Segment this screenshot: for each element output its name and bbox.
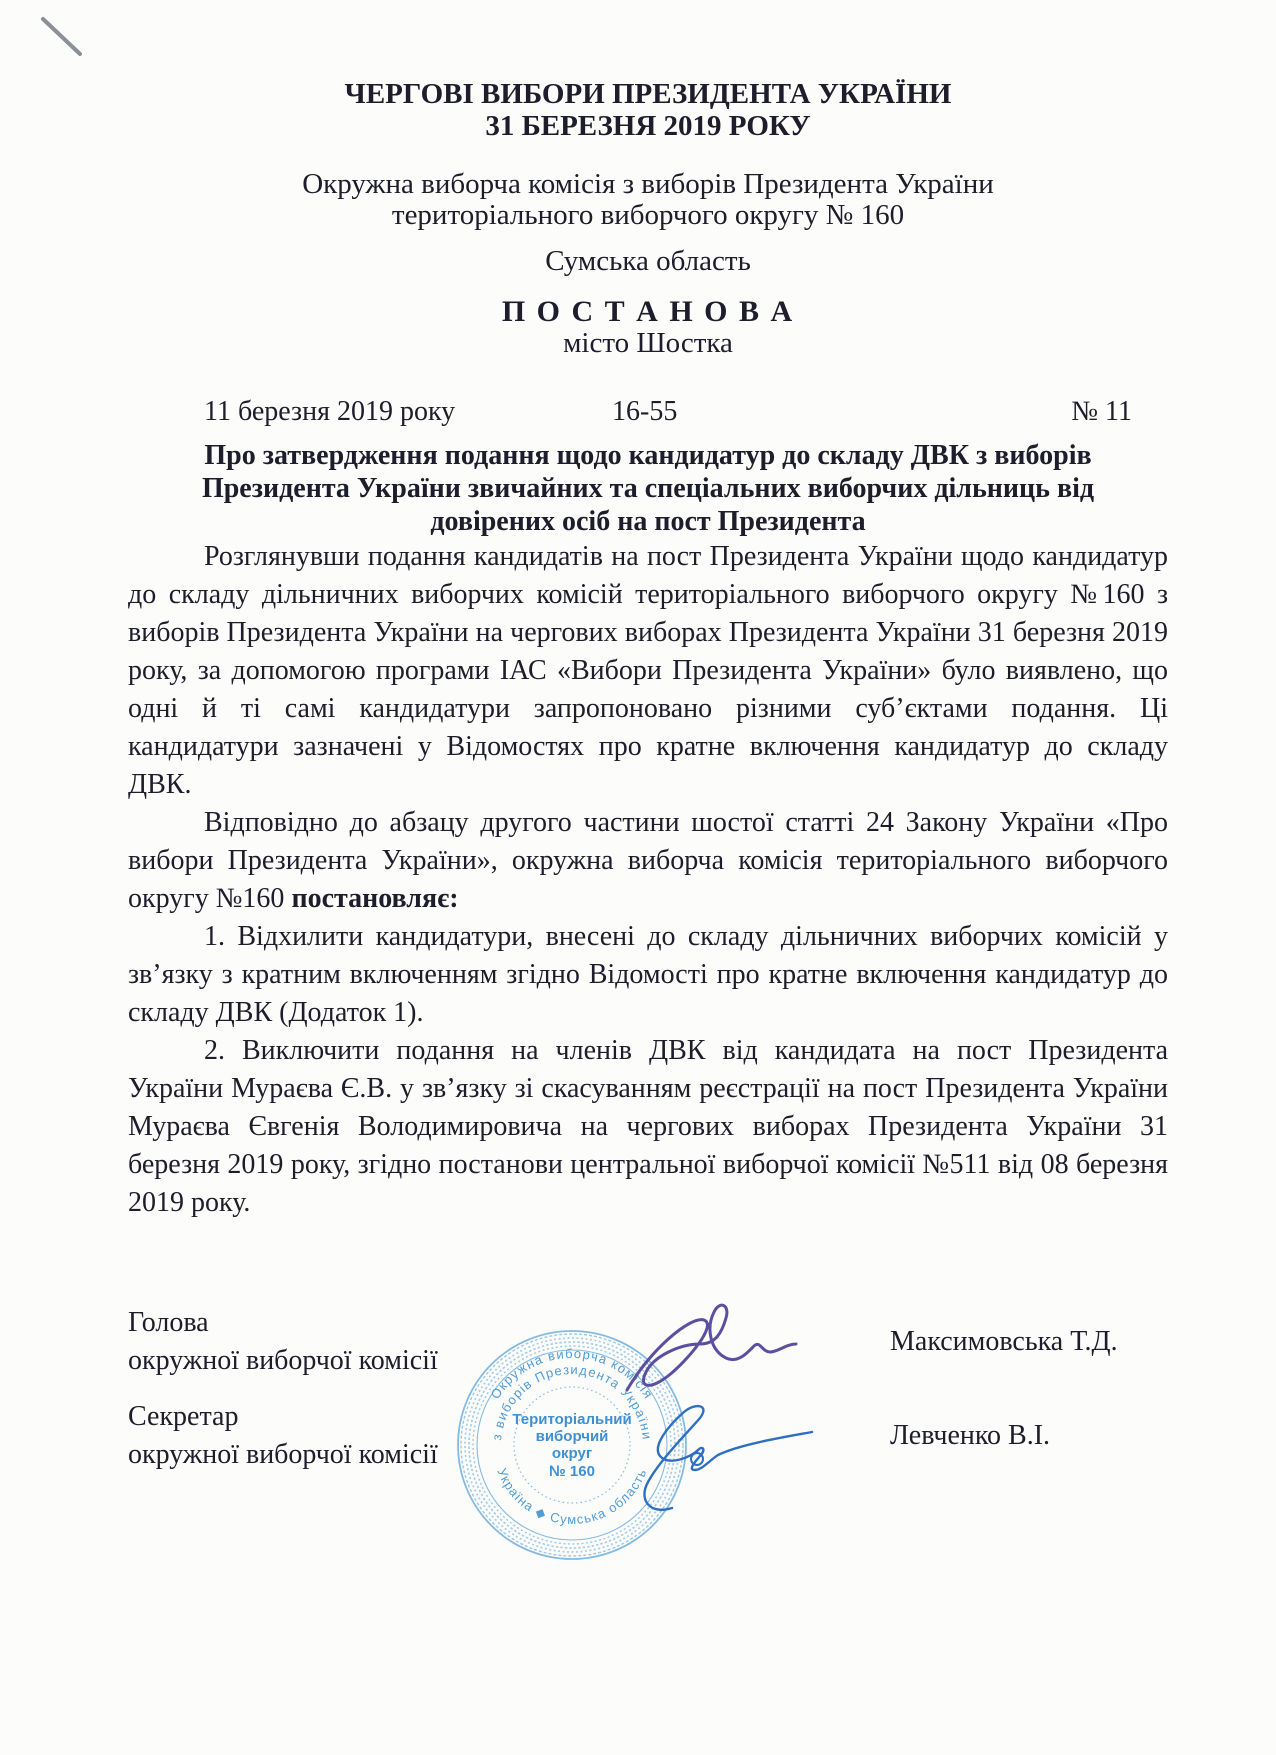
header-line-1: ЧЕРГОВІ ВИБОРИ ПРЕЗИДЕНТА УКРАЇНИ [128, 78, 1168, 110]
signature-role-head: Голова окружної виборчої комісії [128, 1304, 608, 1380]
role-head-title: Голова [128, 1304, 608, 1342]
paragraph-2-text: Відповідно до абзацу другого частини шос… [128, 807, 1168, 914]
document-page: ЧЕРГОВІ ВИБОРИ ПРЕЗИДЕНТА УКРАЇНИ 31 БЕР… [0, 0, 1276, 1755]
commission-line-2: територіального виборчого округу № 160 [128, 200, 1168, 231]
signature-row-secretary: Секретар окружної виборчої комісії Левче… [128, 1398, 1168, 1474]
paragraph-2: Відповідно до абзацу другого частини шос… [128, 804, 1168, 918]
region-line: Сумська область [128, 246, 1168, 277]
city-line: місто Шостка [128, 328, 1168, 359]
paragraph-2-resolves: постановляє: [291, 883, 458, 914]
header-line-2: 31 БЕРЕЗНЯ 2019 РОКУ [128, 110, 1168, 142]
signature-name-head: Максимовська Т.Д. [890, 1323, 1168, 1361]
stamp-ring-text-bottom: Україна ◆ Сумська область [494, 1466, 649, 1527]
document-time: 16-55 [612, 395, 677, 429]
document-title: Про затвердження подання щодо кандидатур… [183, 439, 1113, 538]
document-date: 11 березня 2019 року [204, 395, 455, 429]
date-row: 11 березня 2019 року 16-55 № 11 [128, 395, 1168, 429]
document-content: ЧЕРГОВІ ВИБОРИ ПРЕЗИДЕНТА УКРАЇНИ 31 БЕР… [0, 0, 1276, 1474]
signature-role-secretary: Секретар окружної виборчої комісії [128, 1398, 608, 1474]
paragraph-1: Розглянувши подання кандидатів на пост П… [128, 538, 1168, 804]
resolution-item-2: 2. Виключити подання на членів ДВК від к… [128, 1032, 1168, 1222]
resolution-item-1: 1. Відхилити кандидатури, внесені до скл… [128, 918, 1168, 1032]
role-secretary-org: окружної виборчої комісії [128, 1436, 608, 1474]
signature-row-head: Голова окружної виборчої комісії Максимо… [128, 1304, 1168, 1380]
commission-line-1: Окружна виборча комісія з виборів Презид… [128, 169, 1168, 200]
role-secretary-title: Секретар [128, 1398, 608, 1436]
commission-block: Окружна виборча комісія з виборів Презид… [128, 169, 1168, 231]
signature-name-secretary: Левченко В.І. [890, 1417, 1168, 1455]
document-number: № 11 [1071, 395, 1132, 429]
role-head-org: окружної виборчої комісії [128, 1342, 608, 1380]
document-header: ЧЕРГОВІ ВИБОРИ ПРЕЗИДЕНТА УКРАЇНИ 31 БЕР… [128, 78, 1168, 142]
document-type: П О С Т А Н О В А [128, 296, 1168, 328]
